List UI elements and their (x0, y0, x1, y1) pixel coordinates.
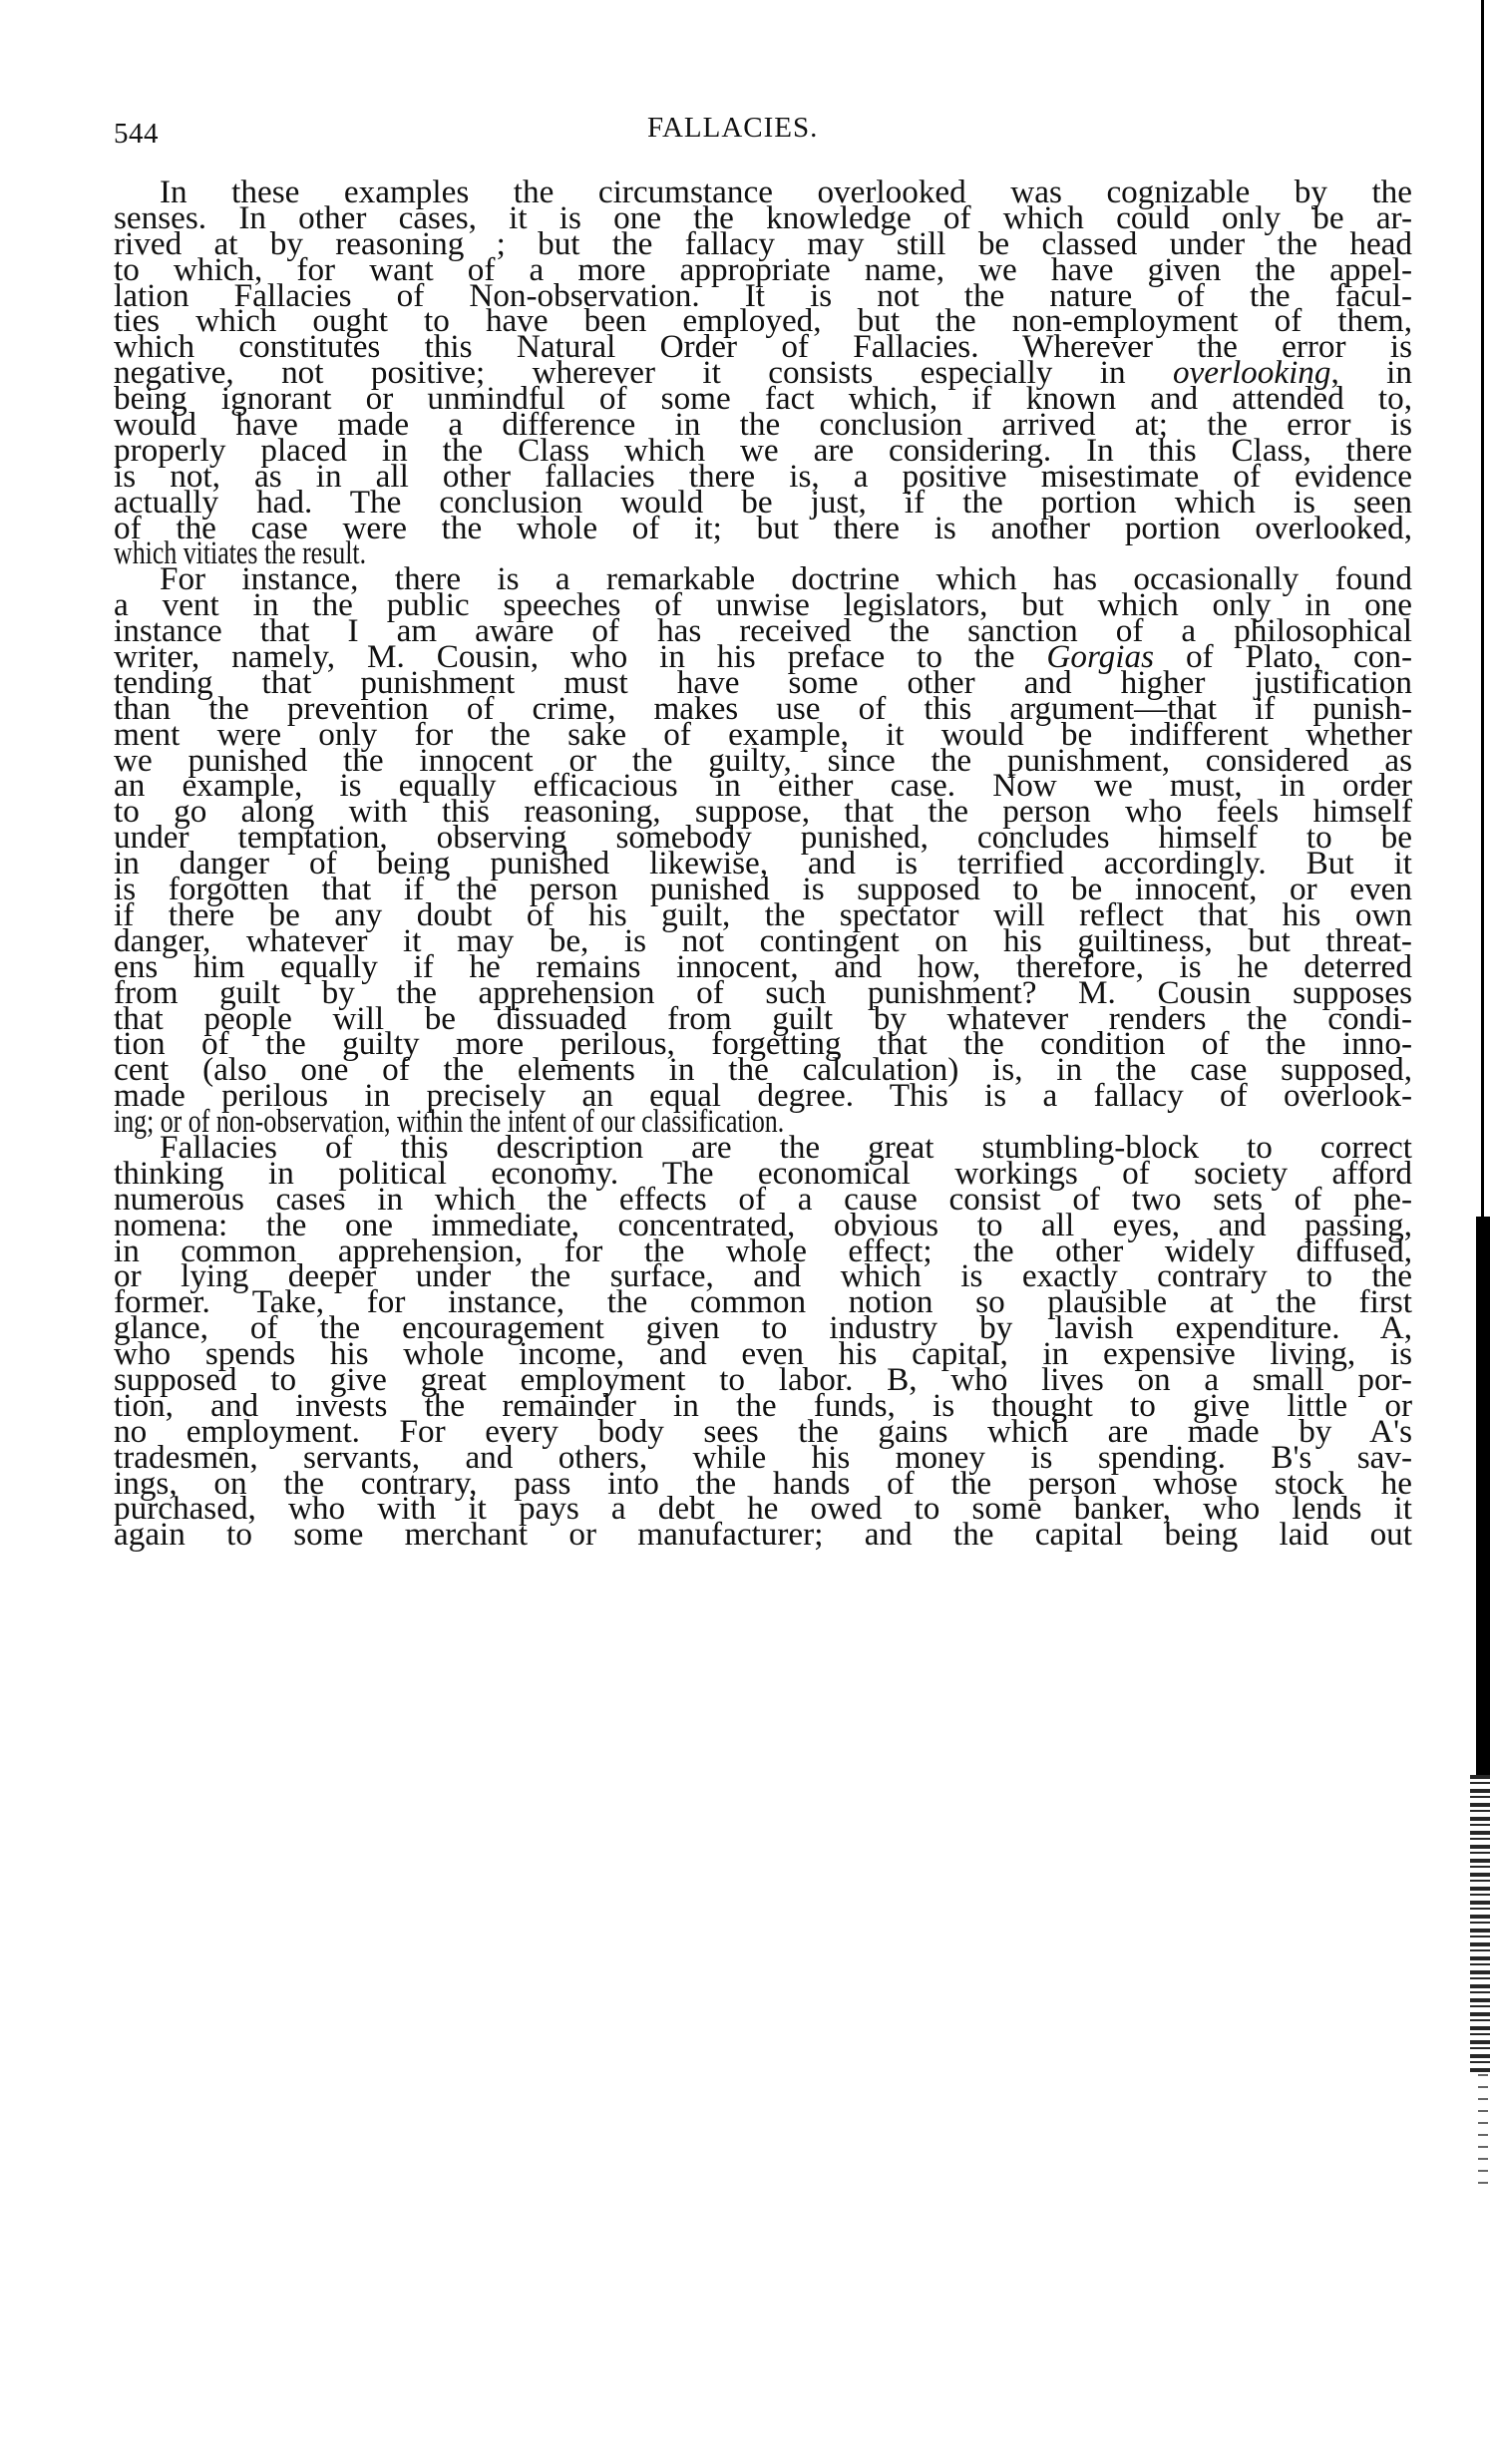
page-number: 544 (114, 118, 159, 151)
page-header: 544 FALLACIES. (114, 98, 1410, 158)
text-line: again to some merchant or manufacturer; … (114, 1522, 1412, 1548)
body-text: In these examples the circumstance overl… (114, 179, 1412, 1548)
book-page: 544 FALLACIES. In these examples the cir… (0, 0, 1490, 2464)
paragraph-1: In these examples the circumstance overl… (114, 179, 1412, 566)
running-head: FALLACIES. (647, 112, 818, 145)
binding-shadow (1468, 0, 1490, 2464)
paragraph-2: For instance, there is a remarkable doct… (114, 566, 1412, 1135)
paragraph-3: Fallacies of this description are the gr… (114, 1135, 1412, 1548)
